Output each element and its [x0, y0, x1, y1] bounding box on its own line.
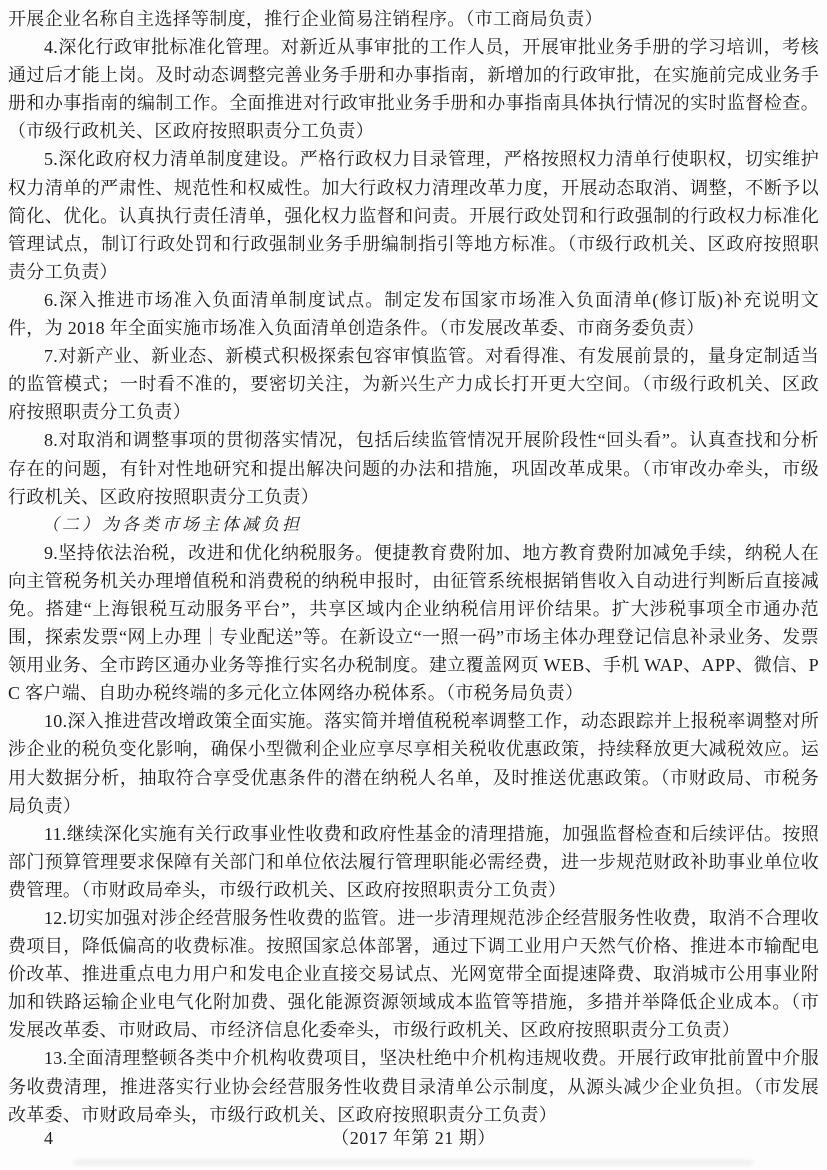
section-heading-2: （二）为各类市场主体减负担 — [8, 511, 819, 539]
paragraph-item-4: 4.深化行政审批标准化管理。对新近从事审批的工作人员，开展审批业务手册的学习培训… — [8, 33, 819, 145]
scan-artifact — [74, 1160, 752, 1165]
paragraph-item-9: 9.坚持依法治税，改进和优化纳税服务。便捷教育费附加、地方教育费附加减免手续，纳… — [8, 539, 819, 708]
document-page: 开展企业名称自主选择等制度，推行企业简易注销程序。（市工商局负责） 4.深化行政… — [0, 0, 827, 1170]
paragraph-item-6: 6.深入推进市场准入负面清单制度试点。制定发布国家市场准入负面清单(修订版)补充… — [8, 286, 819, 342]
paragraph-item-7: 7.对新产业、新业态、新模式积极探索包容审慎监管。对看得准、有发展前景的，量身定… — [8, 342, 819, 426]
page-number: 4 — [44, 1124, 53, 1152]
issue-label: （2017 年第 21 期） — [0, 1124, 827, 1152]
paragraph-item-13: 13.全面清理整顿各类中介机构收费项目，坚决杜绝中介机构违规收费。开展行政审批前… — [8, 1044, 819, 1128]
paragraph-item-12: 12.切实加强对涉企经营服务性收费的监管。进一步清理规范涉企经营服务性收费，取消… — [8, 904, 819, 1044]
paragraph-item-8: 8.对取消和调整事项的贯彻落实情况，包括后续监管情况开展阶段性“回头看”。认真查… — [8, 426, 819, 510]
document-body: 开展企业名称自主选择等制度，推行企业简易注销程序。（市工商局负责） 4.深化行政… — [8, 5, 819, 1129]
paragraph-item-10: 10.深入推进营改增政策全面实施。落实简并增值税税率调整工作，动态跟踪并上报税率… — [8, 707, 819, 819]
paragraph-item-5: 5.深化政府权力清单制度建设。严格行政权力目录管理，严格按照权力清单行使职权，切… — [8, 145, 819, 285]
paragraph-continuation: 开展企业名称自主选择等制度，推行企业简易注销程序。（市工商局负责） — [8, 5, 819, 33]
page-footer: 4 （2017 年第 21 期） — [0, 1124, 827, 1152]
paragraph-item-11: 11.继续深化实施有关行政事业性收费和政府性基金的清理措施，加强监督检查和后续评… — [8, 820, 819, 904]
